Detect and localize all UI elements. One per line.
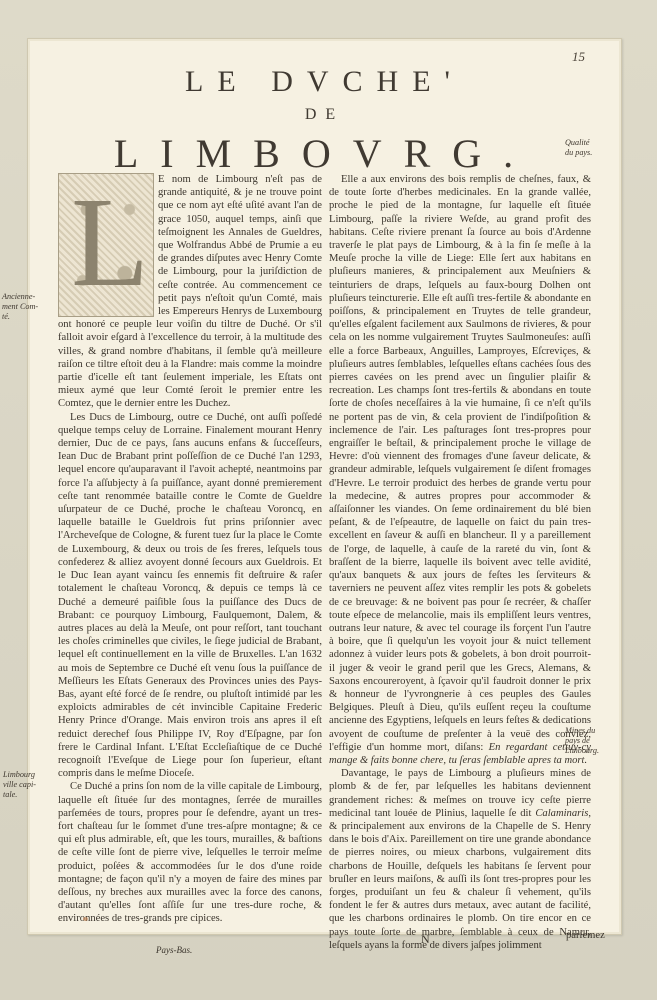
title-le-duche: LE DVCHE' [28,65,621,99]
paragraph: Les Ducs de Limbourg, outre ce Duché, on… [58,411,322,781]
page-number: 15 [572,49,585,65]
title-limbourg: LIMBOVRG. [28,130,621,177]
margin-note-mines: Mines du pays de Limbourg. [565,726,599,756]
margin-note-limbourg: Limbourg ville capi-tale. [3,770,37,800]
signature-mark: N [421,932,430,947]
ornamental-dropcap-icon: L [58,173,154,317]
paragraph: Davantage, le pays de Limbourg a pluſieu… [329,767,591,952]
paragraph-text: Elle a aux environs des bois remplis de … [329,174,591,753]
foxing-stain [83,917,88,921]
margin-note-ancien: Ancienne-ment Com-té. [2,292,40,322]
calaminaris-term: Calaminaris [535,808,588,819]
margin-note-qualite: Qualité du pays. [565,138,599,158]
catchword-left: Pays-Bas. [156,945,192,955]
right-column: Elle a aux environs des bois remplis de … [329,173,591,952]
book-page: 15 LE DVCHE' DE LIMBOVRG. L E nom de Lim… [27,38,622,935]
title-de: DE [28,106,621,124]
left-column: L E nom de Limbourg n'eſt pas de grande … [58,173,322,926]
paragraph: Elle a aux environs des bois remplis de … [329,173,591,767]
paragraph-text: , & principalement aux environs de la Ch… [329,808,591,951]
paragraph: Ce Duché a prins ſon nom de la ville cap… [58,780,322,925]
dropcap-letter: L [71,178,149,306]
catchword-right: parſemez [566,930,605,941]
